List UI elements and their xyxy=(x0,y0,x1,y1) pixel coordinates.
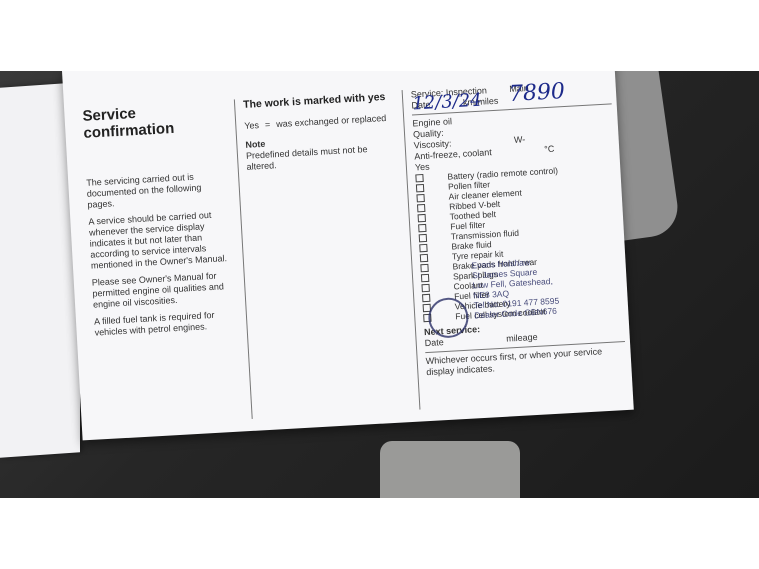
next-date-label: Date xyxy=(424,337,444,348)
checkbox[interactable] xyxy=(416,184,424,192)
checkbox[interactable] xyxy=(415,174,423,182)
checkbox[interactable] xyxy=(416,194,424,202)
middle-column: The work is marked with yes Yes = was ex… xyxy=(234,91,411,419)
checkbox[interactable] xyxy=(421,274,429,282)
next-mileage-label: mileage xyxy=(506,332,538,344)
viscosity-w: W- xyxy=(514,134,526,145)
service-booklet-page: Service confirmation 7 Service confirmat… xyxy=(62,71,634,440)
celsius-label: °C xyxy=(544,144,555,155)
checkbox[interactable] xyxy=(418,214,426,222)
right-column: Service: Inspection Main Date km/miles E… xyxy=(402,78,629,409)
checkbox[interactable] xyxy=(417,204,425,212)
checkbox[interactable] xyxy=(419,244,427,252)
handwritten-mileage: 7890 xyxy=(508,79,565,107)
checkbox[interactable] xyxy=(421,284,429,292)
paragraph: Please see Owner's Manual for permitted … xyxy=(92,270,234,311)
paragraph: The servicing carried out is documented … xyxy=(86,170,228,211)
legend-key: Yes xyxy=(244,120,259,132)
left-column: Service confirmation The servicing carri… xyxy=(82,100,240,427)
work-marked-heading: The work is marked with yes xyxy=(243,91,393,111)
paragraph: A filled fuel tank is required for vehic… xyxy=(94,309,235,339)
checkbox[interactable] xyxy=(422,294,430,302)
dealer-stamp: Evans HalshawSt James SquareLow Fell, Ga… xyxy=(471,256,560,321)
paragraph: A service should be carried out whenever… xyxy=(88,209,231,272)
legend: Yes = was exchanged or replaced xyxy=(244,113,394,132)
legend-eq: = xyxy=(265,119,271,130)
checkbox[interactable] xyxy=(420,264,428,272)
seat-fabric xyxy=(380,441,520,498)
legend-value: was exchanged or replaced xyxy=(276,113,387,130)
checkbox[interactable] xyxy=(418,224,426,232)
handwritten-date: 12/3/24 xyxy=(412,90,482,115)
checkbox[interactable] xyxy=(419,234,427,242)
photo-background: Service confirmation 7 Service confirmat… xyxy=(0,71,759,498)
checkbox[interactable] xyxy=(420,254,428,262)
